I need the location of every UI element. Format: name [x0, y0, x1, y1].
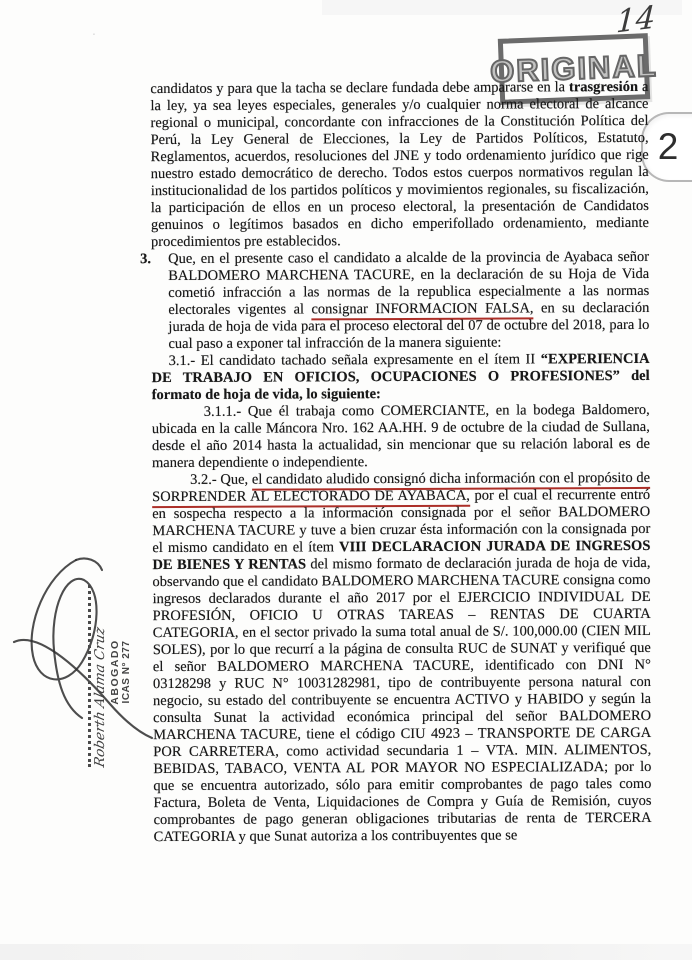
text-segment: 3.2.- Que, [190, 472, 252, 488]
scan-artifact-bottom [0, 944, 692, 960]
lawyer-stamp: Roberth Alama Cruz ABOGADO ICAS N° 277 [88, 577, 138, 767]
lawyer-title: ABOGADO [109, 577, 121, 767]
signature-dotted-line [88, 585, 91, 767]
paragraph: 3.Que, en el presente caso el candidato … [151, 249, 649, 353]
paragraph: candidatos y para que la tacha se declar… [150, 79, 649, 251]
paragraph: 3.1.1.- Que él trabaja como COMERCIANTE,… [152, 402, 650, 472]
paragraph: 3.1.- El candidato tachado señala expres… [152, 351, 650, 404]
list-marker: 3. [140, 251, 151, 268]
text-segment: 3.1.1.- Que él trabaja como COMERCIANTE,… [152, 402, 650, 471]
page-index-tab-number: 2 [658, 126, 689, 168]
lawyer-registration: ICAS N° 277 [121, 577, 132, 767]
lawyer-name: Roberth Alama Cruz [92, 575, 108, 768]
document-text-block: candidatos y para que la tacha se declar… [150, 79, 651, 846]
text-segment: 3.1.- El candidato tachado señala expres… [169, 351, 541, 369]
lawyer-stamp-rotated: Roberth Alama Cruz ABOGADO ICAS N° 277 [88, 577, 138, 767]
scan-smudge: · [92, 28, 106, 50]
text-segment: a la ley, ya sea leyes especiales, gener… [150, 79, 649, 250]
text-segment: candidatos y para que la tacha se declar… [150, 79, 569, 97]
paragraph: 3.2.- Que, el candidato aludido consignó… [152, 470, 652, 846]
text-segment: trasgresión [569, 79, 638, 95]
text-segment: del mismo formato de declaración jurada … [152, 555, 651, 845]
